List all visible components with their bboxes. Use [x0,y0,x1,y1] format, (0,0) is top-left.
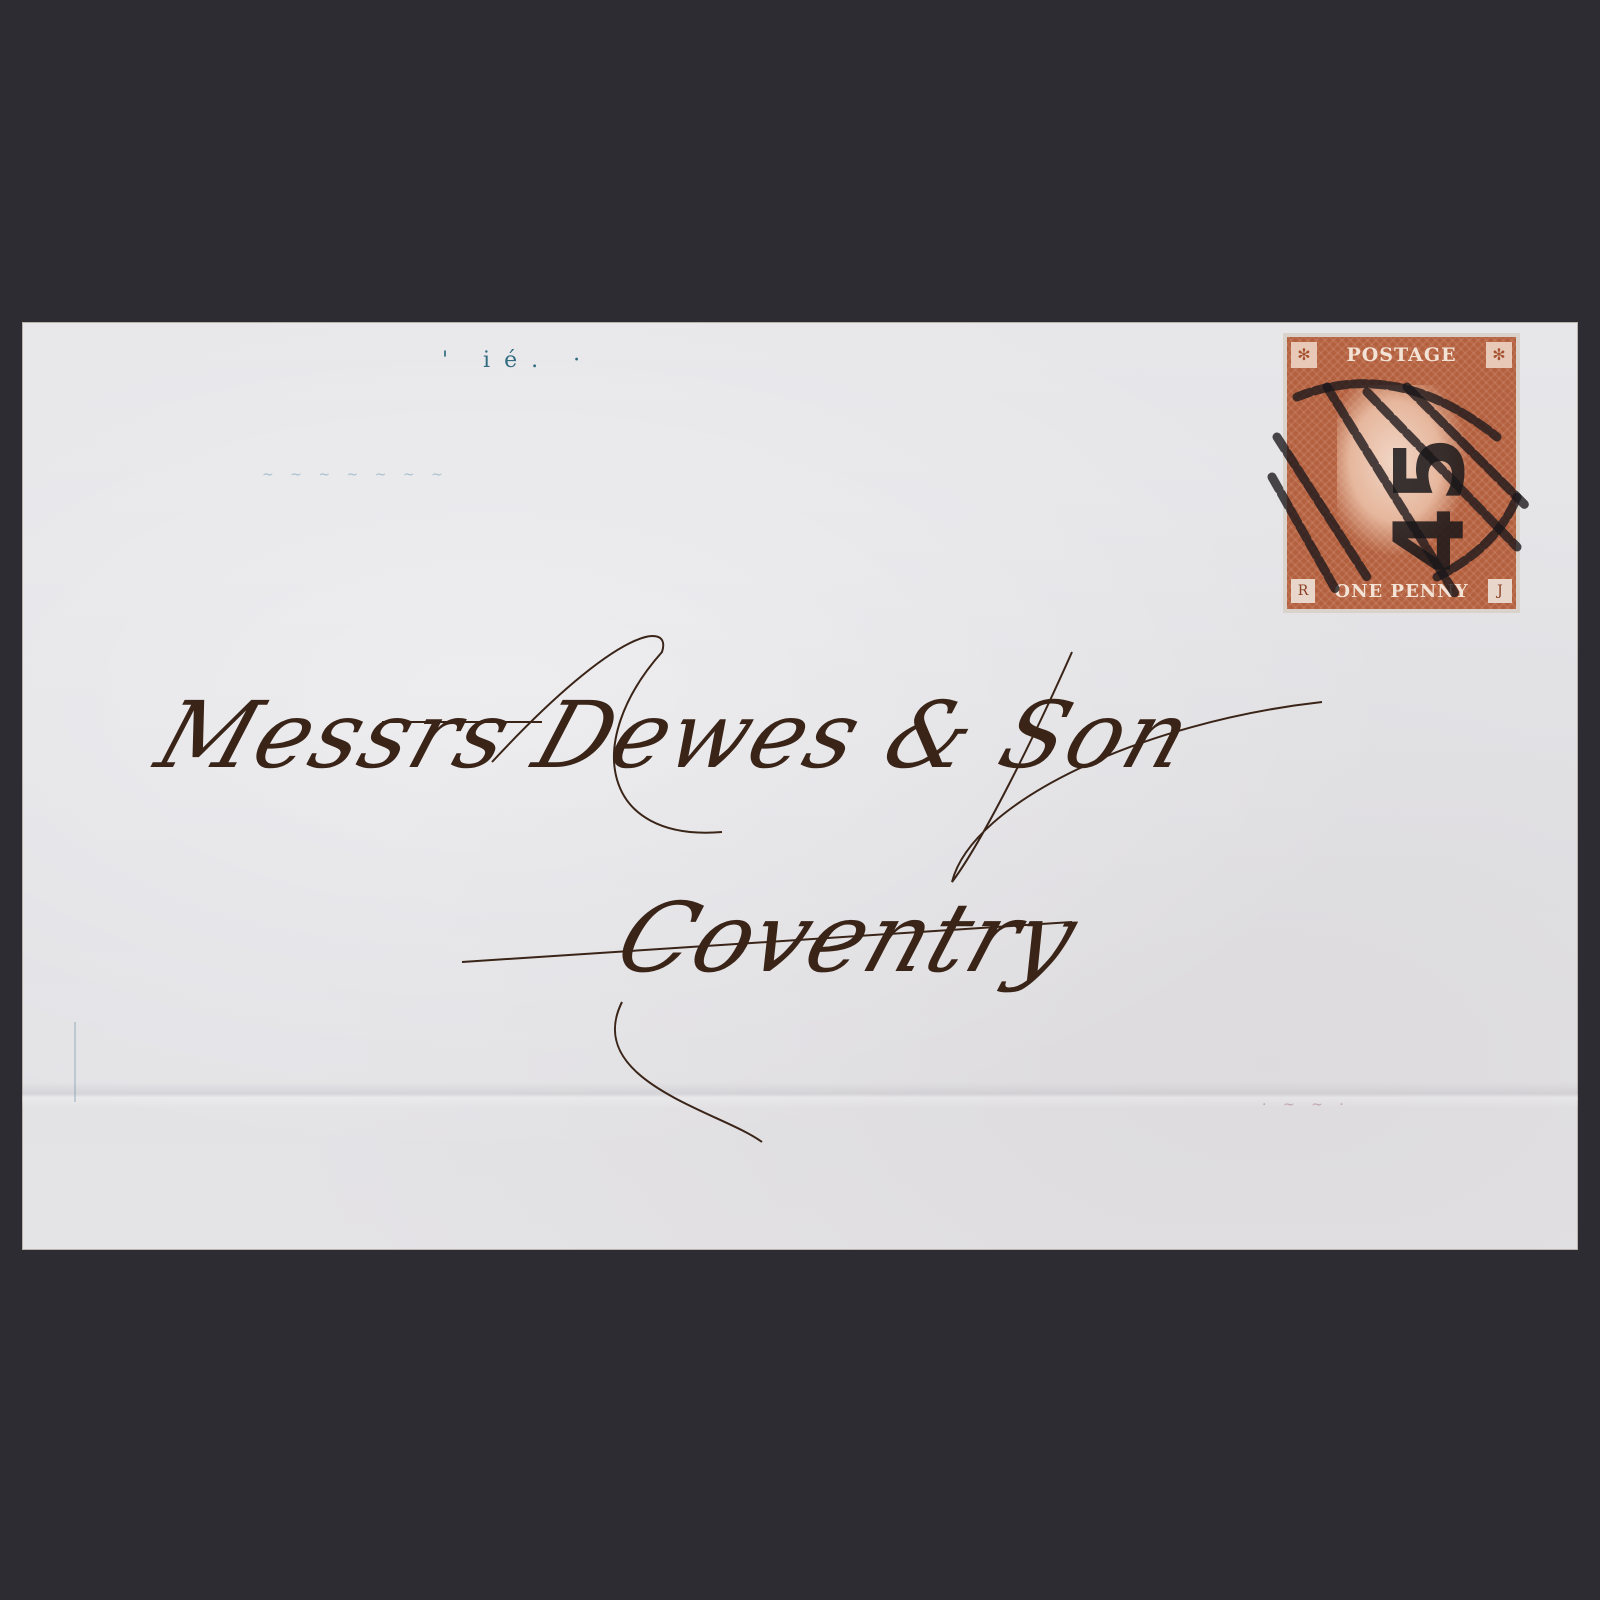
envelope-cover: ' ié. · ~ ~ ~ ~ ~ ~ ~ ✻ POSTAGE ✻ R ONE … [22,322,1578,1250]
address-line-1: Messrs Dewes & Son [145,682,1206,789]
cancellation-numeral: 45 [1374,432,1486,574]
star-icon: ✻ [1486,342,1512,368]
postage-label: POSTAGE [1346,344,1456,366]
address-line-2: Coventry [604,882,1091,994]
faint-blue-marking: ~ ~ ~ ~ ~ ~ ~ [262,467,449,483]
ink-specks: ' ié. · [442,348,594,373]
red-ink-traces: · ~ ~ · [1262,1097,1350,1113]
star-icon: ✻ [1291,342,1317,368]
penny-red-stamp: ✻ POSTAGE ✻ R ONE PENNY J 45 [1283,333,1520,613]
fold-crease [74,1022,76,1102]
stamp-top-band: ✻ POSTAGE ✻ [1287,341,1516,369]
